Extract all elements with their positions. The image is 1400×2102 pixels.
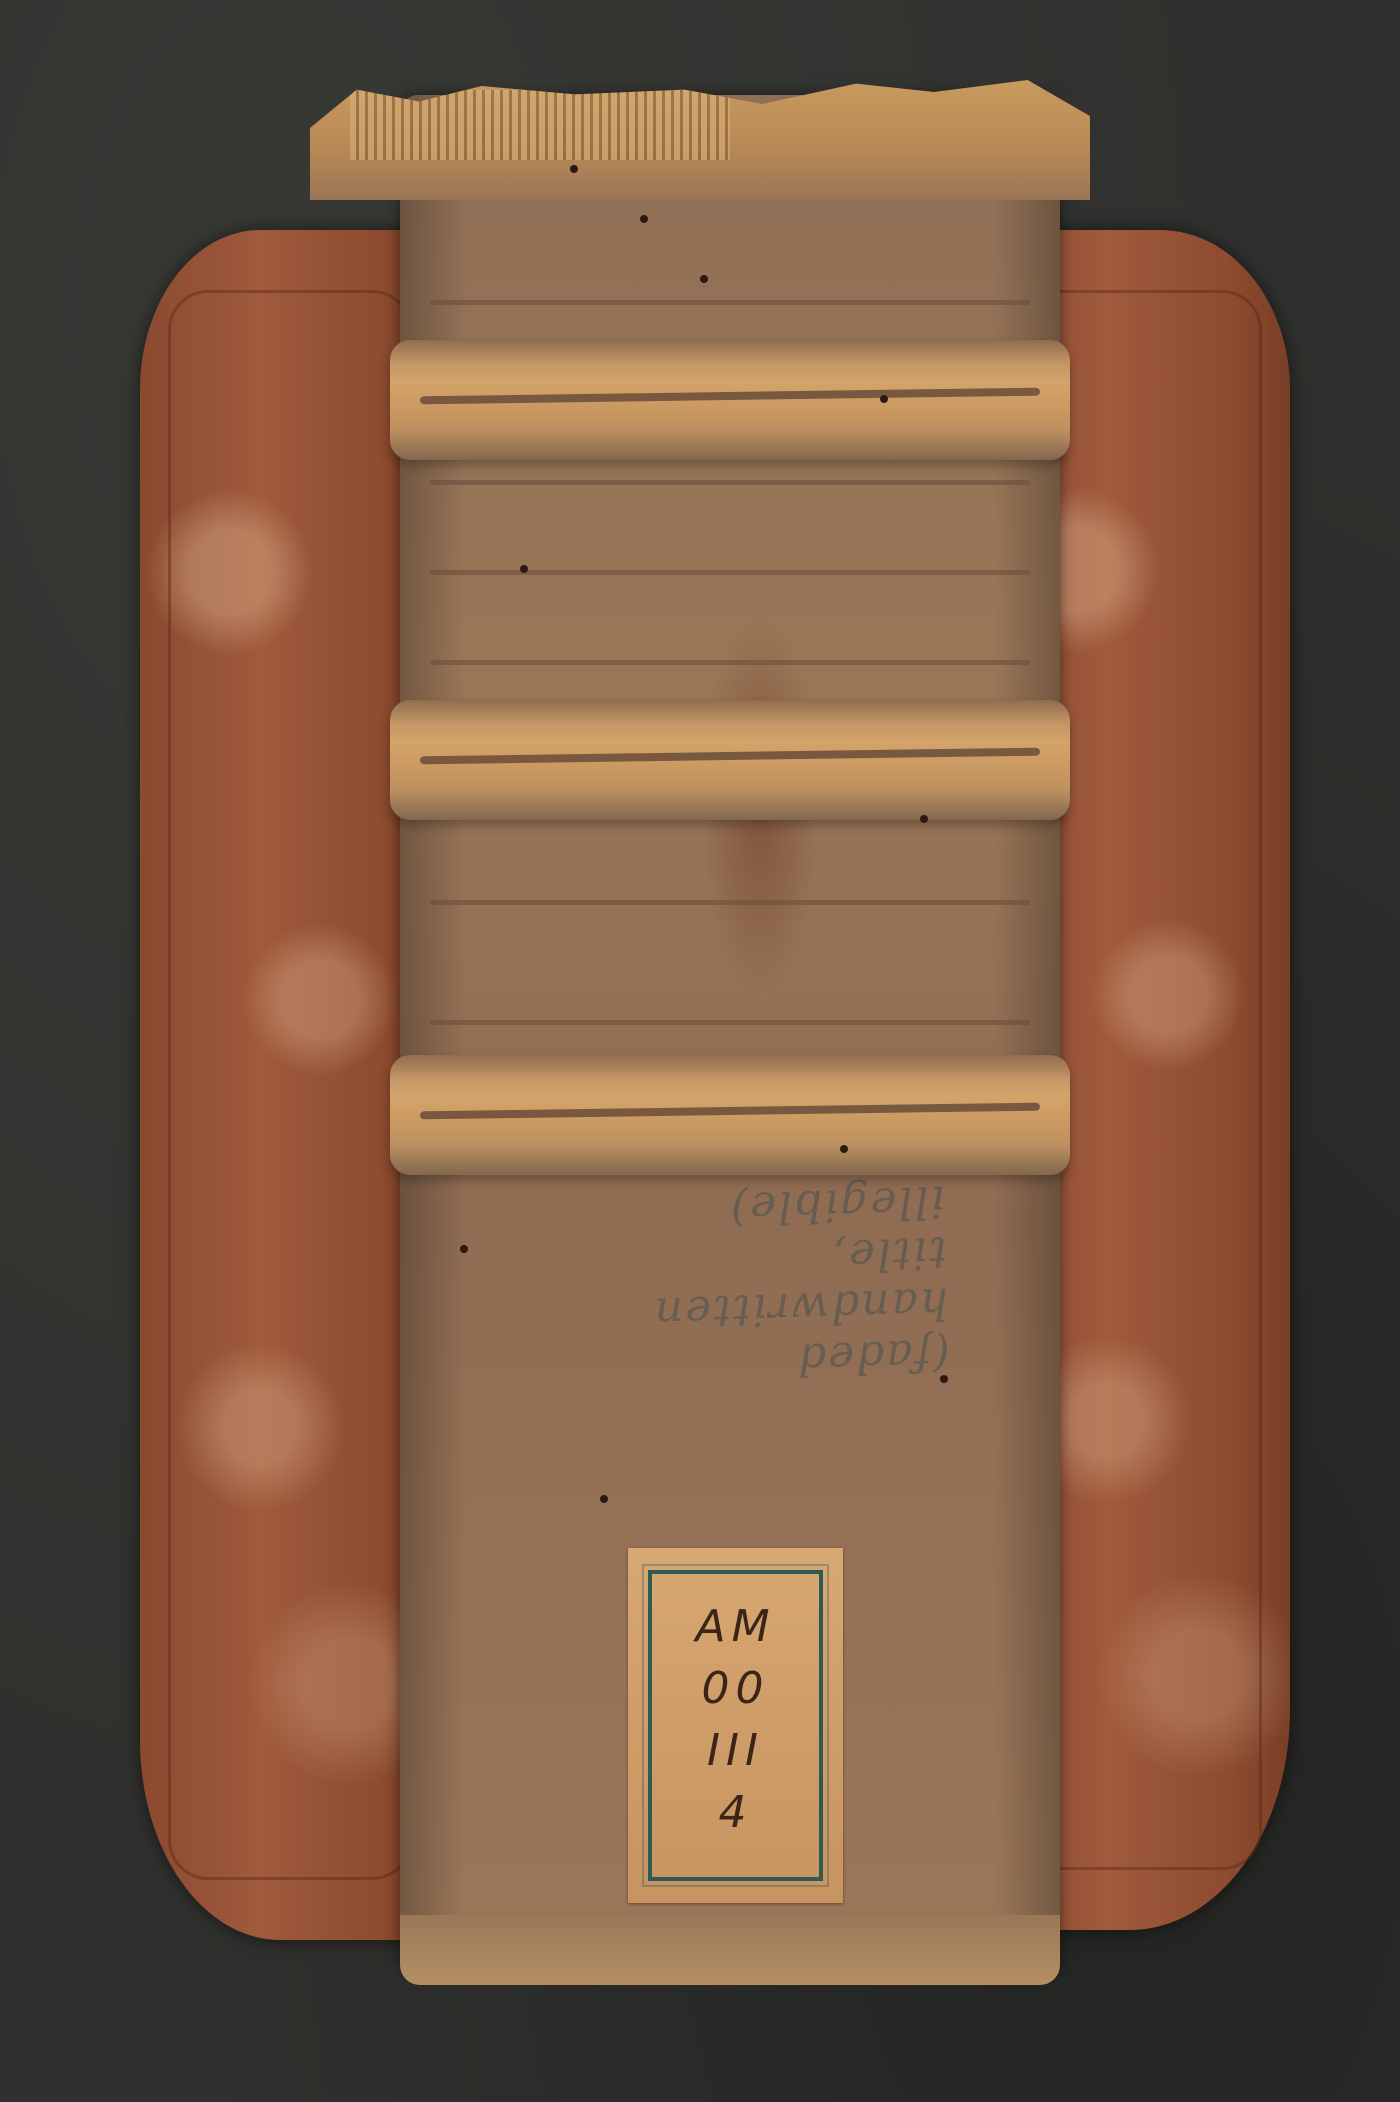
worm-hole (460, 1245, 468, 1253)
raised-band-1 (390, 340, 1070, 460)
worm-hole (570, 165, 578, 173)
band-fillet (420, 748, 1040, 765)
tooled-line (430, 480, 1030, 485)
tooled-line (430, 900, 1030, 905)
tooled-line (430, 1020, 1030, 1025)
spine-inscription: (faded handwritten title, illegible) (629, 1319, 951, 1390)
worm-hole (940, 1375, 948, 1383)
worm-hole (880, 395, 888, 403)
blind-tooled-border (168, 290, 412, 1880)
worm-hole (600, 1495, 608, 1503)
band-fillet (420, 388, 1040, 405)
tooled-line (430, 300, 1030, 305)
band-fillet (420, 1103, 1040, 1120)
tail-cap (400, 1915, 1060, 1985)
worm-hole (840, 1145, 848, 1153)
shelf-mark-line-2: 00 (628, 1658, 843, 1720)
worm-hole (640, 215, 648, 223)
shelf-mark-label: AM 00 III 4 (628, 1548, 843, 1903)
raised-band-2 (390, 700, 1070, 820)
shelf-mark-line-4: 4 (628, 1782, 843, 1844)
shelf-mark-line-1: AM (628, 1596, 843, 1658)
raised-band-3 (390, 1055, 1070, 1175)
shelf-mark-line-3: III (628, 1720, 843, 1782)
exposed-sewing-threads (350, 90, 730, 160)
tooled-line (430, 660, 1030, 665)
worm-hole (520, 565, 528, 573)
damaged-head-cap (310, 80, 1090, 200)
worm-hole (920, 815, 928, 823)
worm-hole (700, 275, 708, 283)
